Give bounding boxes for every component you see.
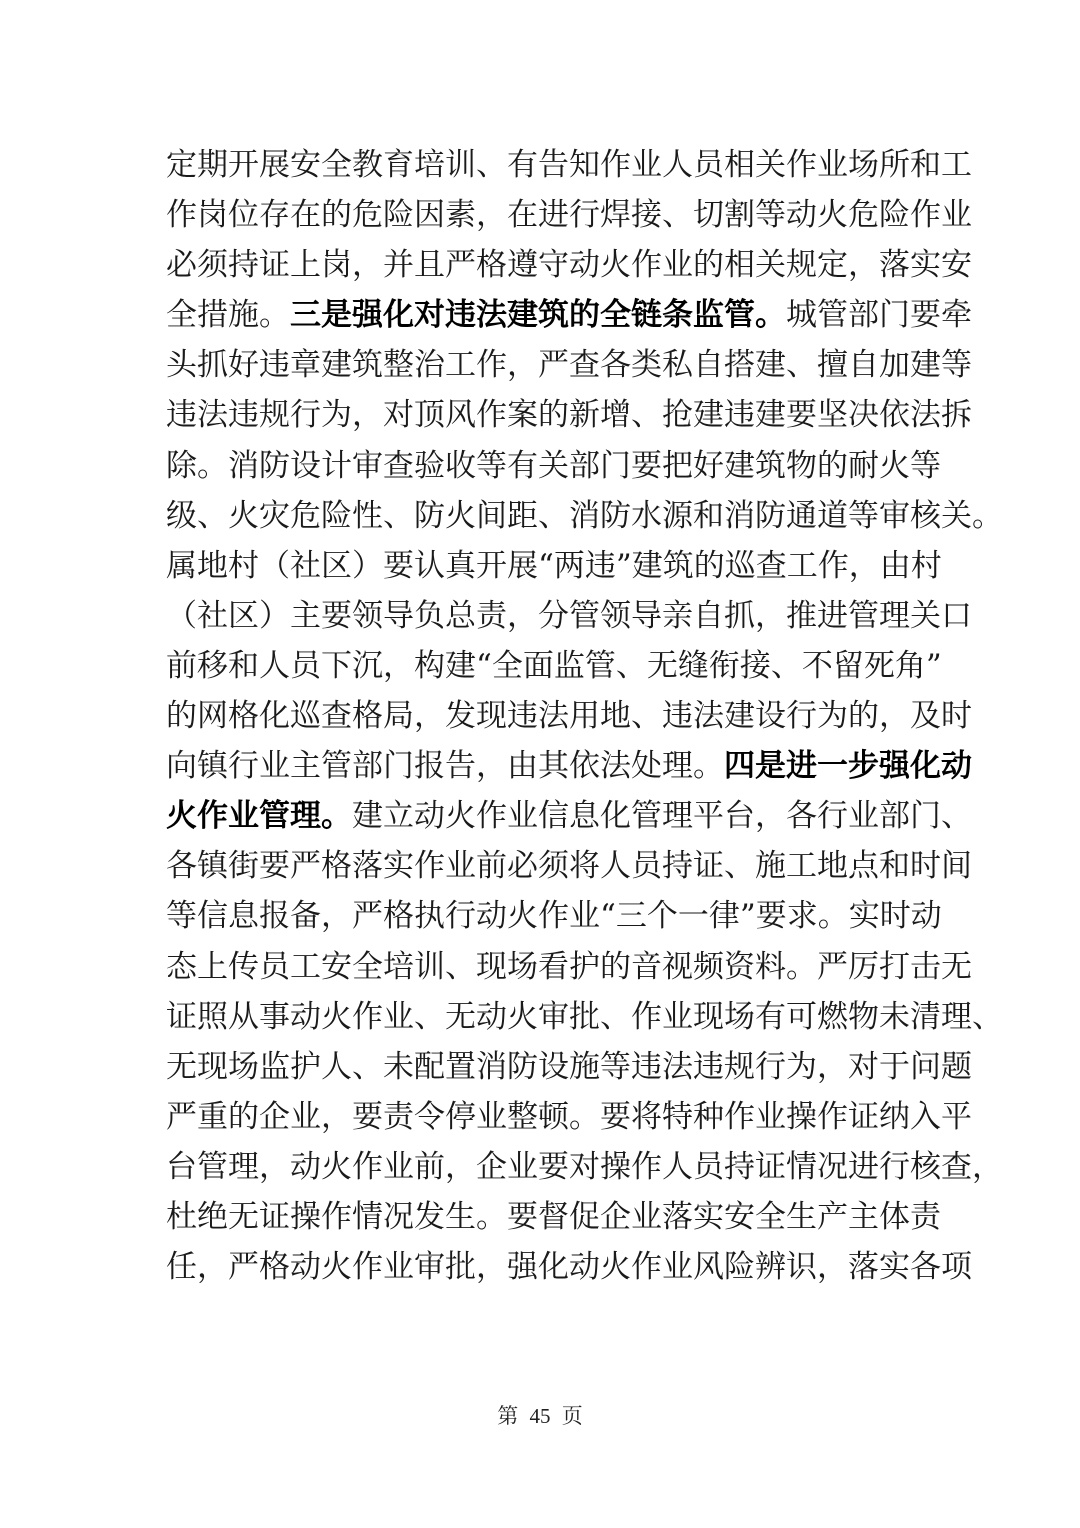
char: 业: [383, 1242, 414, 1292]
text-line: 违法违规行为，对顶风作案的新增、抢建违建要坚决依法拆: [166, 390, 914, 440]
char: ，: [507, 591, 538, 641]
char: 法: [197, 390, 228, 440]
char: 关: [538, 441, 569, 491]
char: 须: [538, 841, 569, 891]
char: 计: [321, 441, 352, 491]
char: 道: [817, 491, 848, 541]
char: 促: [569, 1192, 600, 1242]
char: 企: [476, 1142, 507, 1192]
char: 况: [383, 1192, 414, 1242]
char: 批: [569, 992, 600, 1042]
char: 擅: [817, 340, 848, 390]
char: 的: [600, 942, 631, 992]
char: 化: [600, 791, 631, 841]
char: 要: [352, 1092, 383, 1142]
char: 社: [197, 591, 228, 641]
bold-char: 建: [507, 290, 538, 340]
char: 动: [569, 1242, 600, 1292]
char: 距: [507, 491, 538, 541]
char: ）: [259, 591, 290, 641]
char: 区: [321, 541, 352, 591]
char: 岗: [197, 190, 228, 240]
char: 由: [880, 541, 911, 591]
char: 平: [941, 1092, 972, 1142]
char: 未: [383, 1042, 414, 1092]
char: 安: [724, 1192, 755, 1242]
char: 于: [879, 1042, 910, 1092]
char: 操: [290, 1192, 321, 1242]
char: 火: [445, 791, 476, 841]
char: 审: [538, 992, 569, 1042]
char: 报: [259, 891, 290, 941]
char: 规: [786, 240, 817, 290]
char: 人: [662, 1142, 693, 1192]
text-line: 的网格化巡查格局，发现违法用地、违法建设行为的，及时: [166, 691, 914, 741]
text-line: 全措施。三是强化对违法建筑的全链条监管。城管部门要牵: [166, 290, 914, 340]
char: 上: [197, 942, 228, 992]
char: 搭: [724, 340, 755, 390]
char: 等: [166, 891, 197, 941]
char: 险: [879, 190, 910, 240]
char: 火: [507, 992, 538, 1042]
char: 况: [817, 1142, 848, 1192]
char: 台: [166, 1142, 197, 1192]
char: 险: [321, 491, 352, 541]
char: 入: [910, 1092, 941, 1142]
char: 设: [755, 691, 786, 741]
char: 严: [352, 891, 383, 941]
char: ”: [740, 891, 756, 941]
char: 坚: [817, 390, 848, 440]
char: 地: [197, 541, 228, 591]
char: 责: [383, 1092, 414, 1142]
char: ，: [476, 190, 507, 240]
char: 私: [662, 340, 693, 390]
char: 建: [321, 340, 352, 390]
char: 点: [848, 841, 879, 891]
char: 风: [693, 1242, 724, 1292]
char: 行: [755, 1042, 786, 1092]
char: 要: [600, 1092, 631, 1142]
char: 将: [569, 841, 600, 891]
char: 查: [756, 541, 787, 591]
bold-char: 筑: [538, 290, 569, 340]
char: 定: [166, 140, 197, 190]
text-line: 各镇街要严格落实作业前必须将人员持证、施工地点和时间: [166, 841, 914, 891]
bold-char: 进: [786, 741, 817, 791]
char: 情: [786, 1142, 817, 1192]
char: 信: [197, 891, 228, 941]
char: 证: [166, 992, 197, 1042]
char: 火: [445, 491, 476, 541]
char: 死: [864, 641, 895, 691]
char: 各: [600, 340, 631, 390]
char: 把: [662, 441, 693, 491]
char: 证: [693, 841, 724, 891]
char: 留: [833, 641, 864, 691]
char: 严: [445, 240, 476, 290]
char: 间: [476, 491, 507, 541]
char: 、: [631, 691, 662, 741]
char: ，: [817, 1242, 848, 1292]
char: 性: [352, 491, 383, 541]
char: 、: [414, 992, 445, 1042]
char: 区: [228, 591, 259, 641]
char: 严: [538, 340, 569, 390]
char: 的: [228, 1092, 259, 1142]
char: 理: [228, 1142, 259, 1192]
bold-char: 链: [631, 290, 662, 340]
char: 建: [755, 340, 786, 390]
char: ，: [879, 691, 910, 741]
char: 存: [259, 190, 290, 240]
char: 督: [538, 1192, 569, 1242]
char: 、: [600, 992, 631, 1042]
char: 场: [848, 140, 879, 190]
char: 责: [476, 591, 507, 641]
text-line: 任，严格动火作业审批，强化动火作业风险辨识，落实各项: [166, 1242, 914, 1292]
char: 业: [445, 841, 476, 891]
char: 建: [755, 390, 786, 440]
char: 要: [631, 441, 662, 491]
char: 须: [197, 240, 228, 290]
char: 火: [228, 491, 259, 541]
char: 风: [445, 390, 476, 440]
char: 人: [321, 1042, 352, 1092]
char: 落: [352, 841, 383, 891]
char: 置: [445, 1042, 476, 1092]
char: 主: [290, 591, 321, 641]
char: 火: [321, 1142, 352, 1192]
bold-char: 一: [817, 741, 848, 791]
char: 导: [383, 591, 414, 641]
char: 、: [445, 942, 476, 992]
char: “: [600, 891, 616, 941]
text-line: 除。消防设计审查验收等有关部门要把好建筑物的耐火等: [166, 441, 914, 491]
char: 特: [662, 1092, 693, 1142]
bold-char: 步: [848, 741, 879, 791]
char: 工: [290, 942, 321, 992]
char: 建: [724, 691, 755, 741]
char: 无: [445, 992, 476, 1042]
char: 角: [895, 641, 926, 691]
char: 业: [662, 1242, 693, 1292]
char: 建: [632, 541, 663, 591]
char: 训: [445, 140, 476, 190]
char: 护: [569, 942, 600, 992]
char: 、: [941, 791, 972, 841]
char: 镇: [197, 741, 228, 791]
char: 领: [352, 591, 383, 641]
char: 、: [771, 641, 802, 691]
char: 向: [166, 741, 197, 791]
char: 。: [972, 491, 1003, 541]
char: 动: [476, 992, 507, 1042]
char: 法: [910, 390, 941, 440]
char: 作: [476, 791, 507, 841]
char: 不: [802, 641, 833, 691]
char: 培: [383, 942, 414, 992]
char: 各: [910, 1242, 941, 1292]
text-line: 级、火灾危险性、防火间距、消防水源和消防通道等审核关。: [166, 491, 914, 541]
char: 防: [259, 441, 290, 491]
char: 息: [228, 891, 259, 941]
char: 落: [848, 1242, 879, 1292]
char: 场: [507, 942, 538, 992]
char: 必: [166, 240, 197, 290]
char: 消: [569, 491, 600, 541]
char: ，: [817, 1042, 848, 1092]
char: 执: [414, 891, 445, 941]
bold-char: 监: [693, 290, 724, 340]
char: 有: [507, 441, 538, 491]
text-line: 属地村（社区）要认真开展“两违”建筑的巡查工作，由村: [166, 541, 914, 591]
bold-char: 化: [910, 741, 941, 791]
char: 审: [879, 491, 910, 541]
char: 培: [414, 140, 445, 190]
char: 消: [476, 1042, 507, 1092]
char: 整: [507, 1092, 538, 1142]
char: 育: [383, 140, 414, 190]
char: 下: [321, 641, 352, 691]
char: 作: [538, 891, 569, 941]
char: 动: [290, 992, 321, 1042]
char: 作: [352, 1142, 383, 1192]
char: ，: [445, 1142, 476, 1192]
char: 部: [569, 441, 600, 491]
char: ，: [259, 1142, 290, 1192]
char: 开: [228, 140, 259, 190]
char: 辨: [755, 1242, 786, 1292]
char: 一: [678, 891, 709, 941]
bold-char: 强: [879, 741, 910, 791]
char: 水: [631, 491, 662, 541]
char: 属: [166, 541, 197, 591]
char: 负: [414, 591, 445, 641]
char: 作: [476, 340, 507, 390]
char: 实: [849, 891, 880, 941]
char: 业: [941, 190, 972, 240]
char: 全: [166, 290, 197, 340]
char: 筑: [352, 340, 383, 390]
char: 亲: [662, 591, 693, 641]
char: 筑: [755, 441, 786, 491]
char: 缝: [678, 641, 709, 691]
char: “: [538, 541, 554, 591]
char: 态: [166, 942, 197, 992]
char: 火: [507, 891, 538, 941]
char: 等: [848, 491, 879, 541]
char: 关: [910, 591, 941, 641]
char: 守: [538, 240, 569, 290]
char: 工: [787, 541, 818, 591]
char: ，: [755, 591, 786, 641]
char: 绝: [197, 1192, 228, 1242]
char: 业: [507, 1142, 538, 1192]
char: 验: [414, 441, 445, 491]
char: 业: [383, 992, 414, 1042]
char: 动: [290, 1242, 321, 1292]
char: 割: [724, 190, 755, 240]
char: 巡: [290, 691, 321, 741]
char: 作: [600, 140, 631, 190]
char: 法: [600, 741, 631, 791]
char: 查: [383, 441, 414, 491]
char: 法: [693, 691, 724, 741]
char: 新: [569, 390, 600, 440]
char: 格: [321, 841, 352, 891]
char: 安: [941, 240, 972, 290]
char: 自: [693, 591, 724, 641]
char: 格: [476, 240, 507, 290]
char: 并: [383, 240, 414, 290]
char: 配: [414, 1042, 445, 1092]
char: 持: [662, 841, 693, 891]
char: ，: [848, 240, 879, 290]
char: 进: [817, 591, 848, 641]
bold-char: 四: [724, 741, 755, 791]
char: 违: [693, 1042, 724, 1092]
char: 除: [166, 441, 197, 491]
char: 前: [476, 841, 507, 891]
char: 人: [259, 641, 290, 691]
char: 无: [941, 942, 972, 992]
char: 口: [941, 591, 972, 641]
char: 抢: [662, 390, 693, 440]
char: 门: [600, 441, 631, 491]
char: 牵: [941, 290, 972, 340]
char: 无: [647, 641, 678, 691]
char: ，: [755, 791, 786, 841]
char: 拆: [941, 390, 972, 440]
char: 资: [724, 942, 755, 992]
char: 从: [228, 992, 259, 1042]
char: 格: [352, 691, 383, 741]
char: 持: [724, 1142, 755, 1192]
char: 村: [911, 541, 942, 591]
char: 认: [414, 541, 445, 591]
char: ”: [926, 641, 942, 691]
char: 地: [600, 691, 631, 741]
char: 防: [507, 1042, 538, 1092]
char: 局: [383, 691, 414, 741]
char: ，: [476, 1242, 507, 1292]
char: 行: [817, 791, 848, 841]
char: 真: [445, 541, 476, 591]
text-line: 无现场监护人、未配置消防设施等违法违规行为，对于问题: [166, 1042, 914, 1092]
char: 火: [321, 992, 352, 1042]
char: 违: [585, 541, 616, 591]
char: 杜: [166, 1192, 197, 1242]
char: “: [476, 641, 492, 691]
char: 、: [972, 992, 1003, 1042]
char: 审: [352, 441, 383, 491]
char: 要: [321, 591, 352, 641]
char: 和: [910, 140, 941, 190]
char: ，: [197, 1242, 228, 1292]
char: 城: [786, 290, 817, 340]
char: 识: [786, 1242, 817, 1292]
char: 审: [414, 1242, 445, 1292]
char: 场: [228, 1042, 259, 1092]
char: 各: [786, 791, 817, 841]
char: 违: [724, 390, 755, 440]
char: 人: [662, 140, 693, 190]
char: 全: [492, 641, 523, 691]
char: 防: [755, 491, 786, 541]
char: 发: [445, 691, 476, 741]
char: 可: [786, 992, 817, 1042]
char: 业: [290, 1092, 321, 1142]
char: 主: [290, 741, 321, 791]
char: 教: [352, 140, 383, 190]
char: 由: [507, 741, 538, 791]
char: 且: [414, 240, 445, 290]
char: 有: [755, 992, 786, 1042]
char: 训: [414, 942, 445, 992]
char: 照: [197, 992, 228, 1042]
char: 筑: [663, 541, 694, 591]
char: 相: [724, 140, 755, 190]
char: 员: [693, 140, 724, 190]
char: 沉: [352, 641, 383, 691]
char: 通: [786, 491, 817, 541]
char: 的: [321, 190, 352, 240]
char: 批: [445, 1242, 476, 1292]
char: 证: [755, 1142, 786, 1192]
char: 格: [228, 691, 259, 741]
char: 物: [786, 441, 817, 491]
char: 和: [228, 641, 259, 691]
char: 推: [786, 591, 817, 641]
char: 安: [290, 140, 321, 190]
char: 。: [197, 441, 228, 491]
char: 行: [228, 741, 259, 791]
bold-char: 。: [755, 290, 786, 340]
bold-char: 作: [197, 791, 228, 841]
char: 问: [910, 1042, 941, 1092]
char: 章: [290, 340, 321, 390]
char: 核: [910, 491, 941, 541]
char: 开: [476, 541, 507, 591]
text-line: 台管理，动火作业前，企业要对操作人员持证情况进行核查，: [166, 1142, 914, 1192]
char: 查: [941, 1142, 972, 1192]
char: 种: [693, 1092, 724, 1142]
char: 作: [631, 240, 662, 290]
char: 的: [694, 541, 725, 591]
char: 时: [910, 841, 941, 891]
char: 对: [848, 1042, 879, 1092]
char: 、: [616, 641, 647, 691]
char: 、: [786, 340, 817, 390]
char: 关: [755, 240, 786, 290]
char: 级: [166, 491, 197, 541]
char: 纳: [879, 1092, 910, 1142]
char: 主: [848, 1192, 879, 1242]
char: 管: [631, 791, 662, 841]
char: 法: [538, 691, 569, 741]
char: 规: [724, 1042, 755, 1092]
char: 和: [693, 491, 724, 541]
char: 作: [352, 992, 383, 1042]
char: 现: [197, 1042, 228, 1092]
char: 看: [538, 942, 569, 992]
bold-char: 全: [600, 290, 631, 340]
char: 为: [817, 691, 848, 741]
char: 火: [879, 441, 910, 491]
char: 、: [631, 390, 662, 440]
bold-char: 。: [321, 791, 352, 841]
